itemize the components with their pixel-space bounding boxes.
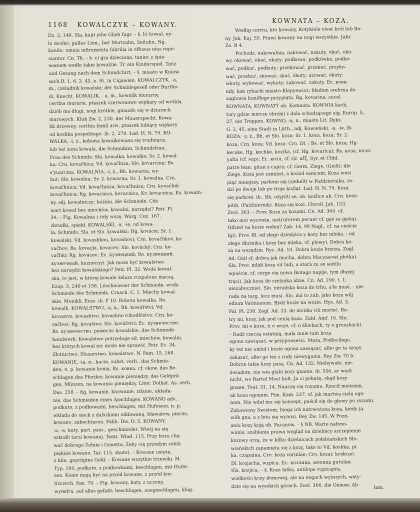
text-line: dzie się na wysokich górach. Zool. 366, … xyxy=(231,481,394,491)
dictionary-page: 1168 KOWALCZYK – KOWANY. KOWNATA – KOZA.… xyxy=(0,4,420,504)
right-running-head: KOWNATA – KOZA. xyxy=(272,18,349,25)
catchword: łam. xyxy=(374,486,384,491)
book-gutter xyxy=(0,4,14,504)
right-column: Wedłig cerrtu, kto kowany, Kotykiele viv… xyxy=(225,26,394,491)
left-column: Dz. 2, 148. Sla. kuijt jebe Glieb fugr. … xyxy=(48,31,216,496)
page-number: 1168 xyxy=(48,22,68,29)
left-running-head: 1168 KOWALCZYK – KOWANY. xyxy=(48,22,178,29)
left-head-title: KOWALCZYK – KOWANY. xyxy=(77,22,178,29)
bottom-edge-shadow xyxy=(0,498,420,512)
top-edge-shadow xyxy=(0,0,420,6)
text-line: wymdra, auf alles gefaßt; beschlagen, au… xyxy=(54,486,216,496)
